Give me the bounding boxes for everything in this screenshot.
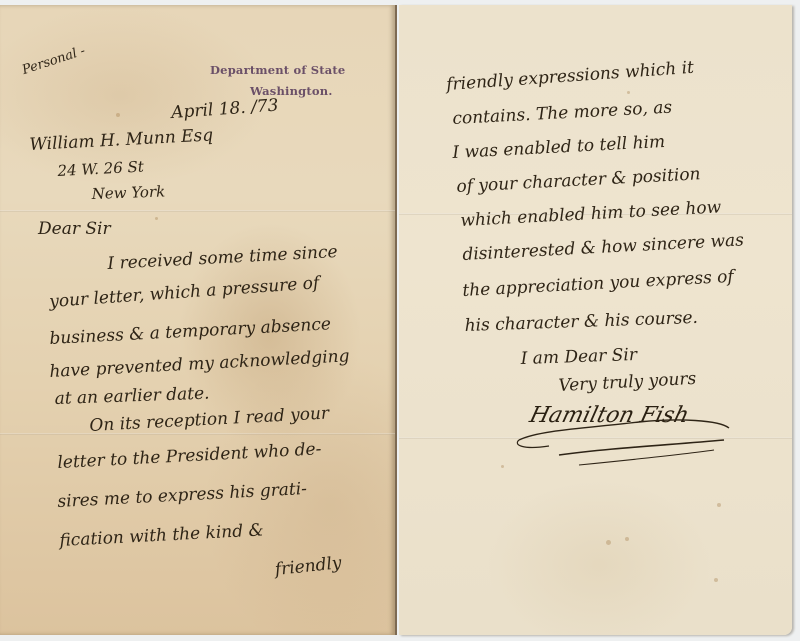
recipient-name: William H. Munn Esq — [29, 125, 214, 155]
body-line: I received some time since — [107, 242, 338, 274]
foxing-spot — [501, 465, 504, 468]
letter-page-right: friendly expressions which it contains. … — [399, 5, 792, 635]
signature-flourish — [509, 400, 749, 470]
recipient-street: 24 W. 26 St — [57, 158, 144, 180]
body-line: have prevented my acknowledging — [49, 346, 350, 382]
foxing-spot — [717, 503, 721, 507]
paper-fold-line — [0, 433, 395, 435]
body-line: disinterested & how sincere was — [462, 230, 744, 265]
recipient-city: New York — [91, 182, 165, 203]
scanned-letter: Personal - Department of State Washingto… — [0, 0, 800, 641]
body-line: I was enabled to tell him — [452, 132, 666, 163]
body-line: letter to the President who de- — [57, 439, 322, 473]
foxing-spot — [625, 537, 629, 541]
closing-line: I am Dear Sir — [520, 345, 637, 369]
body-line: your letter, which a pressure of — [49, 273, 320, 312]
body-line: at an earlier date. — [54, 384, 210, 409]
salutation: Dear Sir — [38, 219, 111, 239]
foxing-spot — [155, 217, 158, 220]
body-line: the appreciation you express of — [462, 267, 734, 301]
foxing-spot — [714, 578, 718, 582]
body-line: fication with the kind & — [59, 520, 264, 551]
body-line: business & a temporary absence — [49, 314, 331, 349]
letterhead-department: Department of State — [210, 63, 345, 77]
body-line: which enabled him to see how — [460, 197, 722, 231]
letter-date: April 18. /73 — [171, 96, 280, 123]
paper-fold-line — [0, 210, 395, 212]
body-line: his character & his course. — [464, 308, 698, 336]
closing-line: Very truly yours — [558, 369, 697, 396]
body-line: sires me to express his grati- — [57, 479, 307, 512]
letter-page-left: Personal - Department of State Washingto… — [0, 5, 397, 635]
foxing-spot — [116, 113, 120, 117]
body-line: of your character & position — [456, 164, 701, 197]
body-line: On its reception I read your — [89, 403, 330, 436]
catchword: friendly — [274, 553, 343, 580]
body-line: contains. The more so, as — [452, 98, 673, 129]
foxing-spot — [627, 91, 630, 94]
personal-annotation: Personal - — [20, 44, 87, 78]
body-line: friendly expressions which it — [446, 58, 695, 95]
foxing-spot — [606, 540, 611, 545]
